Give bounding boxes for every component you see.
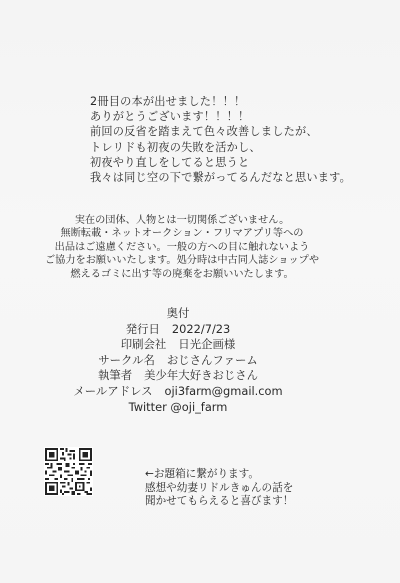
afterword-line: 初夜やり直しをしてると思うと — [90, 155, 351, 170]
qr-caption-line: ←お題箱に繋がります。 — [145, 468, 293, 482]
colophon-value: 日光企画様 — [178, 337, 235, 351]
afterword-line: 我々は同じ空の下で繋がってるんだなと思います。 — [90, 170, 351, 185]
colophon-key: サークル名 — [98, 353, 155, 367]
colophon-page: 2冊目の本が出せました！！！ ありがとうございます！！！！ 前回の反省を踏まえて… — [0, 0, 400, 583]
disclaimer-line: 無断転載・ネットオークション・フリマアプリ等への — [0, 227, 382, 240]
qr-caption-line: 感想や幼妻リドルきゅんの話を — [145, 482, 293, 496]
colophon-key: 発行日 — [126, 322, 160, 336]
disclaimer-block: 実在の団体、人物とは一切関係ございません。 無断転載・ネットオークション・フリマ… — [0, 214, 400, 281]
afterword-line: 2冊目の本が出せました！！！ — [90, 94, 351, 109]
disclaimer-line: ご協力をお願いいたします。処分時は中古同人誌ショップや — [0, 254, 382, 267]
afterword-line: ありがとうございます！！！！ — [90, 109, 351, 124]
qr-caption: ←お題箱に繋がります。 感想や幼妻リドルきゅんの話を 聞かせてもらえると喜びます… — [145, 468, 293, 509]
qr-caption-line: 聞かせてもらえると喜びます！ — [145, 495, 293, 509]
colophon-twitter: Twitter @oji_farm — [0, 400, 378, 416]
afterword-line: 前回の反省を踏まえて色々改善しましたが、 — [90, 124, 351, 139]
colophon-row-issue-date: 発行日2022/7/23 — [0, 322, 378, 338]
disclaimer-line: 出品はご遠慮ください。一般の方への目に触れないよう — [0, 241, 382, 254]
colophon-row-email: メールアドレスoji3farm@gmail.com — [0, 384, 378, 400]
afterword-line: トレリドも初夜の失敗を活かし、 — [90, 140, 351, 155]
colophon-key: 執筆者 — [98, 368, 132, 382]
colophon-row-circle: サークル名おじさんファーム — [0, 353, 378, 369]
disclaimer-line: 実在の団体、人物とは一切関係ございません。 — [0, 214, 382, 227]
afterword-block: 2冊目の本が出せました！！！ ありがとうございます！！！！ 前回の反省を踏まえて… — [90, 94, 351, 185]
colophon-row-author: 執筆者美少年大好きおじさん — [0, 368, 378, 384]
colophon-key: 印刷会社 — [121, 337, 167, 351]
colophon-value: おじさんファーム — [167, 353, 258, 367]
colophon-value: oji3farm@gmail.com — [165, 384, 283, 398]
qr-code-icon[interactable] — [44, 447, 93, 496]
colophon-value: 美少年大好きおじさん — [144, 368, 258, 382]
colophon-block: 奥付 発行日2022/7/23 印刷会社日光企画様 サークル名おじさんファーム … — [0, 306, 400, 415]
colophon-title: 奥付 — [0, 306, 378, 322]
colophon-key: メールアドレス — [73, 384, 152, 398]
colophon-row-printer: 印刷会社日光企画様 — [0, 337, 378, 353]
colophon-value: 2022/7/23 — [172, 322, 230, 336]
disclaimer-line: 燃えるゴミに出す等の廃棄をお願いいたします。 — [0, 268, 382, 281]
